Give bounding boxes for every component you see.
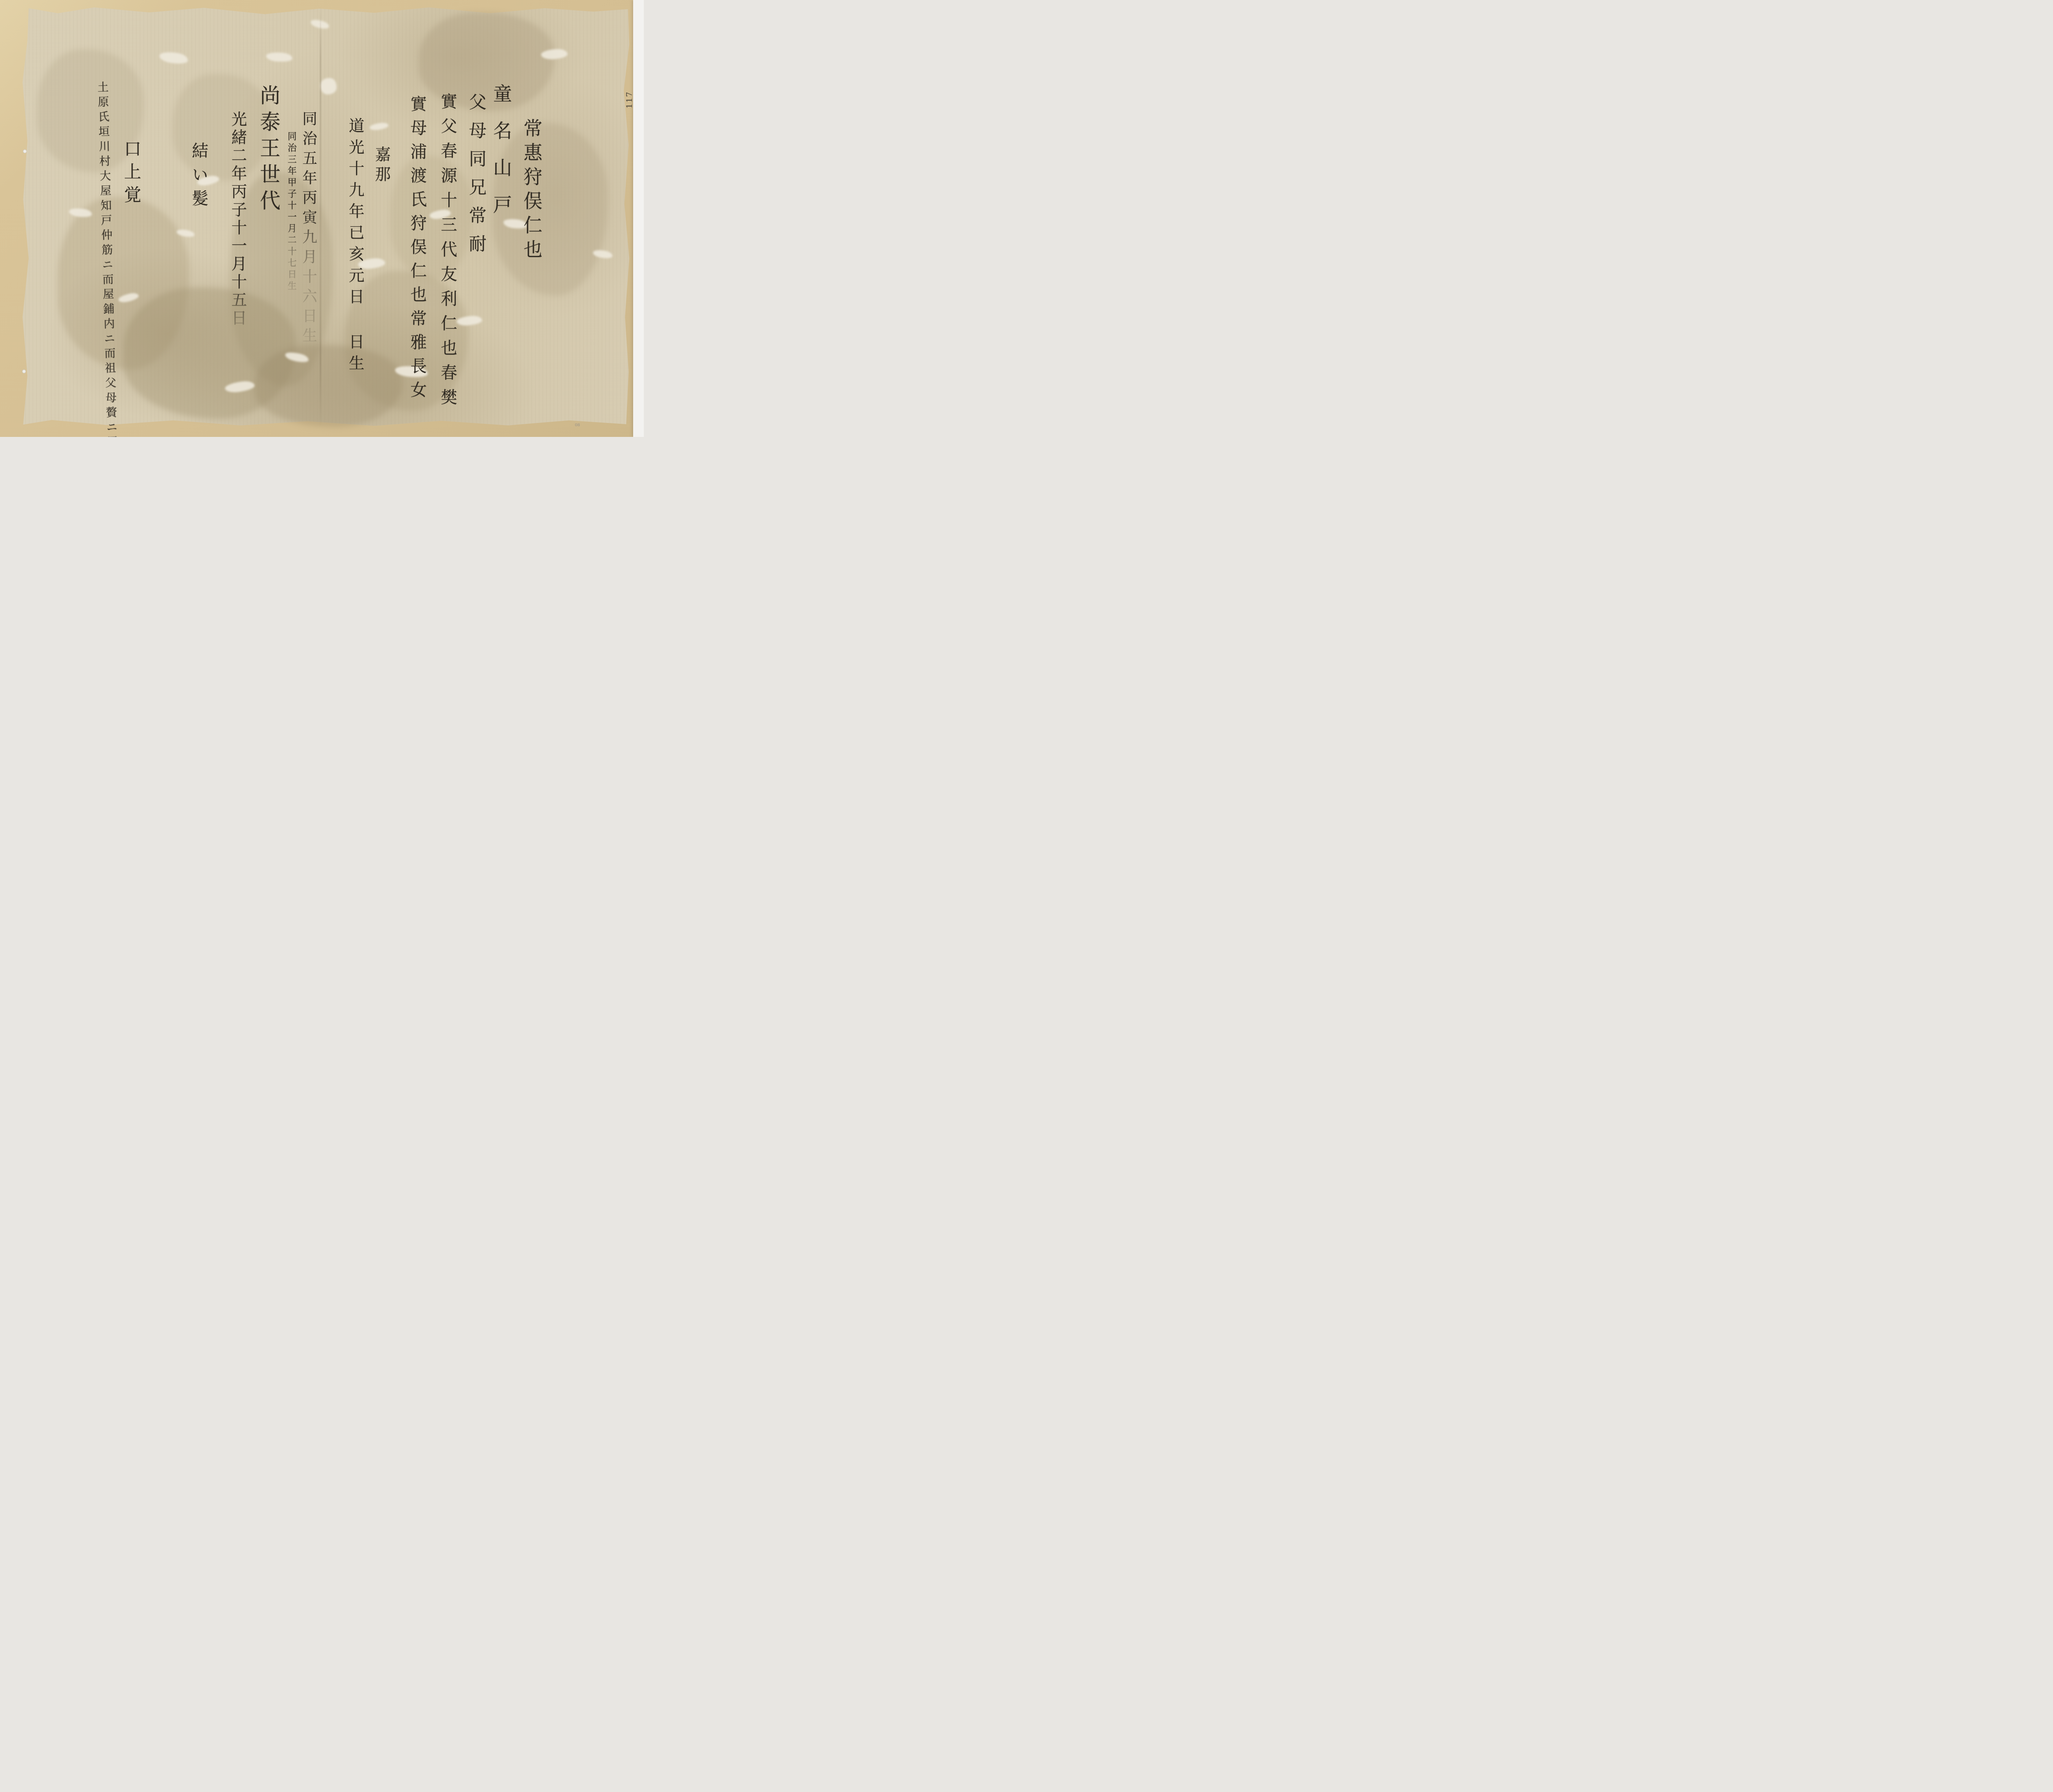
mount-hole	[22, 370, 26, 373]
scanner-edge-strip	[633, 0, 644, 437]
text-column-name-heading: 常惠狩俣仁也	[518, 118, 545, 264]
text-column-doji3-date: 同治三年甲子十一月二十七日生	[285, 131, 298, 292]
text-column-childhood-name: 童名山戸	[488, 84, 515, 232]
text-column-kosho-date: 光緒二年丙子十一月十五日	[227, 111, 249, 328]
scanned-manuscript-page: 常惠狩俣仁也 童名山戸 父母同兄常耐 實父春源十三代友利仁也春樊 實母浦渡氏狩俣…	[0, 0, 644, 437]
text-column-memo-title: 口上覚	[119, 140, 144, 209]
text-column-real-father: 實父春源十三代友利仁也春樊	[436, 93, 459, 413]
centre-fold-crease	[320, 7, 321, 426]
text-column-king-era: 尚泰王世代	[254, 85, 283, 216]
mount-hole	[23, 149, 27, 153]
text-column-given-name: 嘉那	[370, 146, 393, 186]
text-column-parents-line: 父母同兄常耐	[464, 93, 489, 263]
corner-mark: 08	[575, 423, 580, 427]
page-number: 117	[625, 91, 634, 108]
text-column-real-mother: 實母浦渡氏狩俣仁也常雅長女	[406, 95, 429, 405]
text-column-doji5-date: 同治五年丙寅九月十六日生	[298, 111, 319, 347]
text-column-hair-ceremony: 結い髪	[187, 142, 211, 214]
text-column-birth-date: 道光十九年已亥元日 日生	[344, 117, 367, 376]
